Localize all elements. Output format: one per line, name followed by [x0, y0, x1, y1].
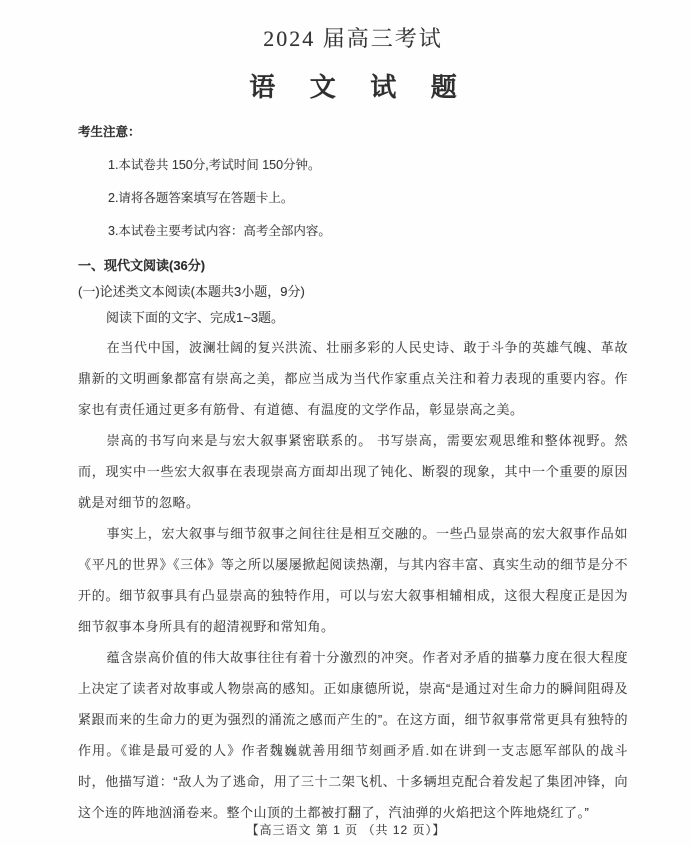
notice-item-1: 1.本试卷共 150分,考试时间 150分钟。	[108, 155, 628, 173]
page-footer: 【高三语文 第 1 页 （共 12 页）】	[0, 821, 692, 838]
passage-paragraph-2: 崇高的书写向来是与宏大叙事紧密联系的。 书写崇高，需要宏观思维和整体视野。然而，…	[78, 425, 628, 518]
candidate-notice: 考生注意： 1.本试卷共 150分,考试时间 150分钟。 2.请将各题答案填写…	[78, 122, 628, 239]
section-modern-text-reading: 一、现代文阅读(36分) (一)论述类文本阅读(本题共3小题，9分) 阅读下面的…	[78, 255, 628, 326]
reading-passage: 在当代中国，波澜壮阔的复兴洪流、壮丽多彩的人民史诗、敢于斗争的英雄气魄、革故鼎新…	[78, 332, 628, 828]
exam-paper-page: 2024 届高三考试 语 文 试 题 考生注意： 1.本试卷共 150分,考试时…	[0, 0, 692, 846]
notice-heading: 考生注意：	[78, 122, 628, 140]
notice-item-3: 3.本试卷主要考试内容：高考全部内容。	[108, 221, 628, 239]
exam-title: 2024 届高三考试	[78, 22, 628, 53]
section-subheading: (一)论述类文本阅读(本题共3小题，9分)	[78, 281, 628, 300]
passage-paragraph-1: 在当代中国，波澜壮阔的复兴洪流、壮丽多彩的人民史诗、敢于斗争的英雄气魄、革故鼎新…	[78, 332, 628, 425]
passage-paragraph-4: 蕴含崇高价值的伟大故事往往有着十分激烈的冲突。作者对矛盾的描摹力度在很大程度上决…	[78, 642, 628, 828]
section-instruction: 阅读下面的文字、完成1~3题。	[106, 307, 628, 326]
notice-item-2: 2.请将各题答案填写在答题卡上。	[108, 188, 628, 206]
section-heading: 一、现代文阅读(36分)	[78, 255, 628, 274]
subject-title: 语 文 试 题	[78, 67, 628, 104]
passage-paragraph-3: 事实上，宏大叙事与细节叙事之间往往是相互交融的。一些凸显崇高的宏大叙事作品如《平…	[78, 518, 628, 642]
